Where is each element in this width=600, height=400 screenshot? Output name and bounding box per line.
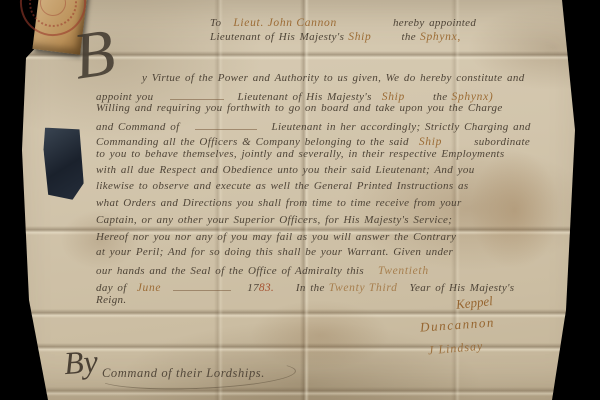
dark-blue-admiralty-seal-fragment xyxy=(43,126,85,200)
age-stain xyxy=(470,150,560,270)
header-ship-word: Ship xyxy=(348,31,371,43)
header-ship-name: Sphynx, xyxy=(420,31,461,43)
body-line: to you to behave themselves, jointly and… xyxy=(96,148,504,160)
blank-rule xyxy=(195,120,257,130)
body-line: Willing and requiring you forthwith to g… xyxy=(96,102,503,114)
header-rank: Lieutenant of His Majesty's xyxy=(210,31,344,43)
body-line: Hereof nor you nor any of you may fail a… xyxy=(96,231,456,243)
body-segment: In the xyxy=(296,282,325,294)
header-line-2: Lieutenant of His Majesty's Ship the Sph… xyxy=(210,27,461,45)
header-the: the xyxy=(402,31,417,43)
blank-rule xyxy=(173,281,231,291)
body-segment: Year of His Majesty's xyxy=(410,282,515,294)
manuscript-day-ordinal: Twentieth xyxy=(378,265,429,277)
body-segment: Commanding all the Officers & Company be… xyxy=(96,136,409,148)
body-line: our hands and the Seal of the Office of … xyxy=(96,261,429,279)
body-line: what Orders and Directions you shall fro… xyxy=(96,197,462,209)
blank-rule xyxy=(170,90,224,100)
footer-command-of-lordships: Command of their Lordships. xyxy=(102,366,265,381)
body-line: likewise to observe and execute as well … xyxy=(96,180,469,192)
manuscript-regnal-year: Twenty Third xyxy=(329,282,398,294)
body-line: with all due Respect and Obedience unto … xyxy=(96,164,475,176)
body-segment: day of xyxy=(96,282,127,294)
body-segment: our hands and the Seal of the Office of … xyxy=(96,265,364,277)
commission-document-photo: To Lieut. John Cannon hereby appointed L… xyxy=(0,0,600,400)
body-line: y Virtue of the Power and Authority to u… xyxy=(142,72,525,84)
year-manuscript: 83. xyxy=(259,282,274,294)
body-line: Reign. xyxy=(96,294,127,306)
body-line: at your Peril; And for so doing this sha… xyxy=(96,246,453,258)
footer-by-initial: By xyxy=(63,343,99,382)
body-line: day of June 1783. In the Twenty Third Ye… xyxy=(96,278,514,296)
year-printed: 17 xyxy=(247,282,259,294)
manuscript-ship-word: Ship xyxy=(419,136,442,148)
body-segment: subordinate xyxy=(474,136,530,148)
body-line: Captain, or any other your Superior Offi… xyxy=(96,214,452,226)
manuscript-month: June xyxy=(137,282,162,294)
